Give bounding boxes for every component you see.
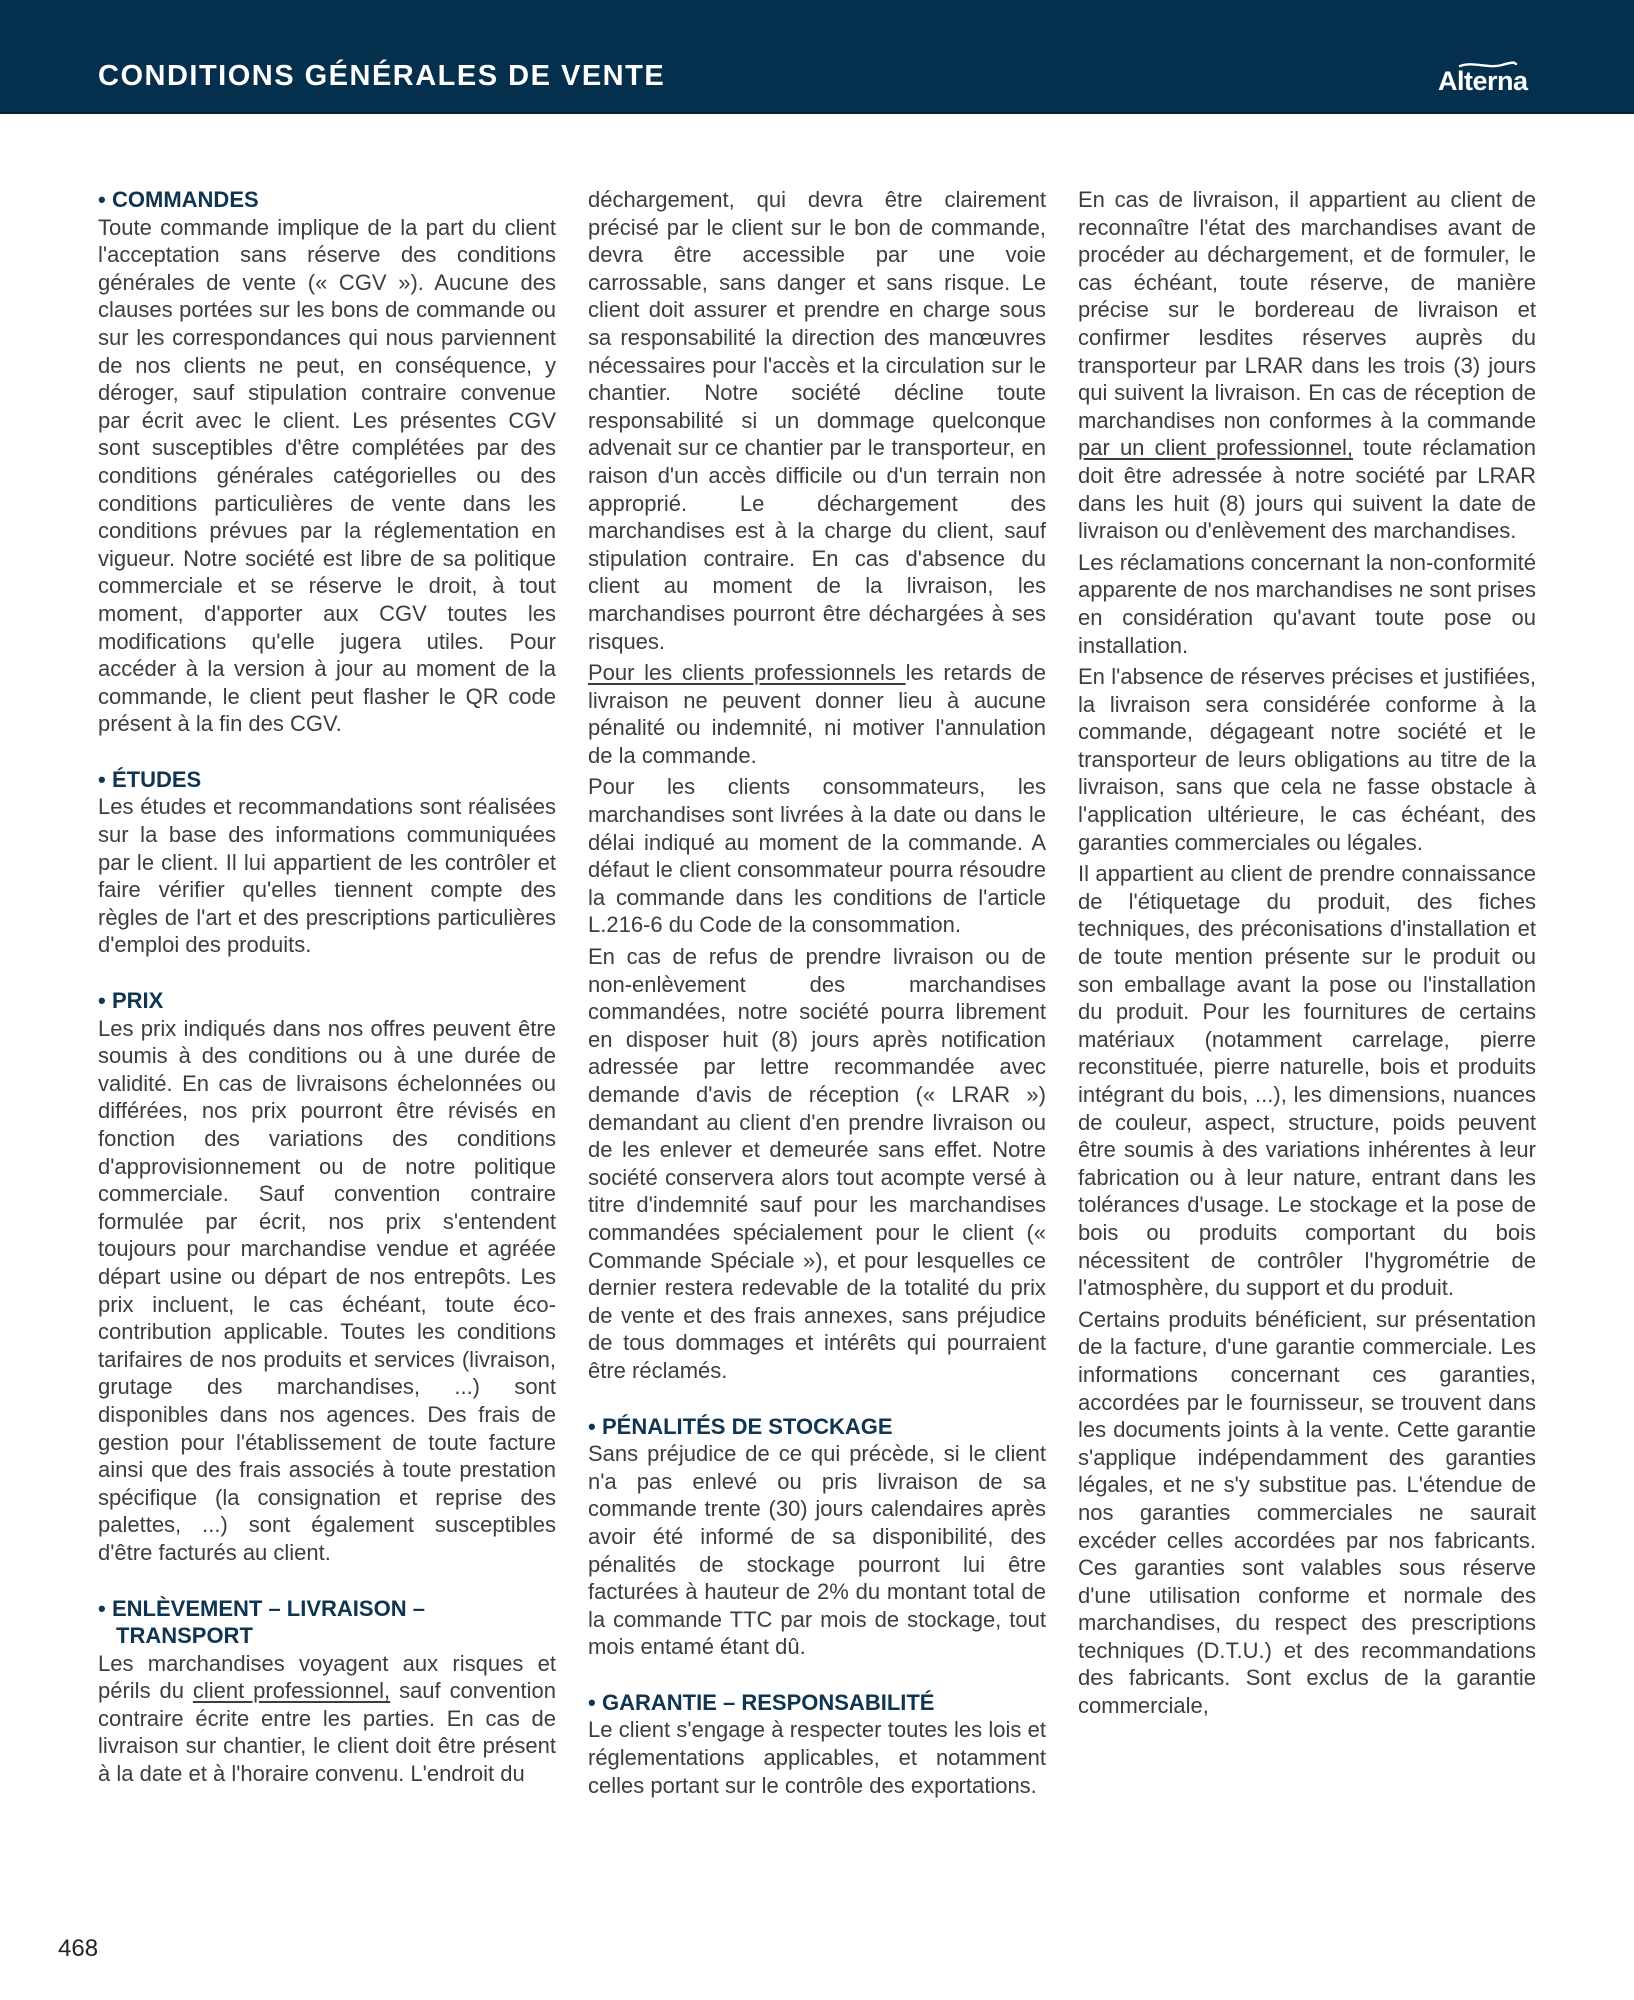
section-heading: •PÉNALITÉS DE STOCKAGE (588, 1413, 1046, 1441)
cgv-section: En cas de livraison, il appartient au cl… (1078, 186, 1536, 1720)
paragraph: Pour les clients professionnels les reta… (588, 659, 1046, 769)
paragraph: Les réclamations concernant la non-confo… (1078, 549, 1536, 659)
text-segment: Le client s'engage à respecter toutes le… (588, 1717, 1046, 1797)
bullet-icon: • (588, 1689, 602, 1717)
section-heading: •GARANTIE – RESPONSABILITÉ (588, 1689, 1046, 1717)
paragraph: Toute commande implique de la part du cl… (98, 214, 556, 738)
brand-logo: Alterna (1436, 58, 1536, 98)
paragraph: Certains produits bénéficient, sur prése… (1078, 1306, 1536, 1720)
bullet-icon: • (98, 766, 112, 794)
bullet-icon: • (588, 1413, 602, 1441)
text-segment: Toute commande implique de la part du cl… (98, 215, 556, 737)
paragraph: En cas de refus de prendre livraison ou … (588, 943, 1046, 1385)
cgv-section: •PÉNALITÉS DE STOCKAGESans préjudice de … (588, 1413, 1046, 1661)
cgv-section: •GARANTIE – RESPONSABILITÉLe client s'en… (588, 1689, 1046, 1799)
text-segment: Les réclamations concernant la non-confo… (1078, 550, 1536, 658)
paragraph: En cas de livraison, il appartient au cl… (1078, 186, 1536, 545)
section-heading-text: ENLÈVEMENT – LIVRAISON – TRANSPORT (112, 1596, 425, 1649)
text-segment: Sans préjudice de ce qui précède, si le … (588, 1441, 1046, 1659)
text-segment: Les prix indiqués dans nos offres peuven… (98, 1016, 556, 1565)
bullet-icon: • (98, 1595, 112, 1623)
text-segment: Les études et recommandations sont réali… (98, 794, 556, 957)
logo-text: Alterna (1438, 66, 1528, 96)
paragraph: En l'absence de réserves précises et jus… (1078, 663, 1536, 856)
bullet-icon: • (98, 186, 112, 214)
cgv-section: •ENLÈVEMENT – LIVRAISON – TRANSPORTLes m… (98, 1595, 556, 1788)
cgv-section: •ÉTUDESLes études et recommandations son… (98, 766, 556, 959)
column-3: En cas de livraison, il appartient au cl… (1078, 186, 1536, 1748)
paragraph: déchargement, qui devra être clairement … (588, 186, 1046, 655)
bullet-icon: • (98, 987, 112, 1015)
cgv-section: •COMMANDESToute commande implique de la … (98, 186, 556, 738)
text-segment: Il appartient au client de prendre conna… (1078, 861, 1536, 1300)
paragraph: Sans préjudice de ce qui précède, si le … (588, 1440, 1046, 1661)
column-1: •COMMANDESToute commande implique de la … (98, 186, 556, 1816)
cgv-section: déchargement, qui devra être clairement … (588, 186, 1046, 1385)
column-2: déchargement, qui devra être clairement … (588, 186, 1046, 1827)
paragraph: Les prix indiqués dans nos offres peuven… (98, 1015, 556, 1567)
section-heading: •PRIX (98, 987, 556, 1015)
text-segment: En l'absence de réserves précises et jus… (1078, 664, 1536, 855)
paragraph: Les marchandises voyagent aux risques et… (98, 1650, 556, 1788)
section-heading-text: COMMANDES (112, 187, 259, 212)
page-number: 468 (58, 1935, 98, 1963)
section-heading-text: PÉNALITÉS DE STOCKAGE (602, 1414, 893, 1439)
section-heading: •ÉTUDES (98, 766, 556, 794)
cgv-section: •PRIXLes prix indiqués dans nos offres p… (98, 987, 556, 1566)
text-segment: En cas de livraison, il appartient au cl… (1078, 187, 1536, 433)
paragraph: Les études et recommandations sont réali… (98, 793, 556, 959)
text-segment: déchargement, qui devra être clairement … (588, 187, 1046, 654)
text-segment: Certains produits bénéficient, sur prése… (1078, 1307, 1536, 1718)
section-heading: •ENLÈVEMENT – LIVRAISON – TRANSPORT (98, 1595, 556, 1650)
underlined-text: par un client professionnel, (1078, 435, 1353, 460)
section-heading-text: ÉTUDES (112, 767, 201, 792)
section-heading-text: PRIX (112, 988, 163, 1013)
paragraph: Le client s'engage à respecter toutes le… (588, 1716, 1046, 1799)
paragraph: Pour les clients consommateurs, les marc… (588, 773, 1046, 939)
paragraph: Il appartient au client de prendre conna… (1078, 860, 1536, 1302)
text-segment: Pour les clients consommateurs, les marc… (588, 774, 1046, 937)
underlined-text: client professionnel, (193, 1678, 390, 1703)
text-segment: En cas de refus de prendre livraison ou … (588, 944, 1046, 1383)
section-heading: •COMMANDES (98, 186, 556, 214)
underlined-text: Pour les clients professionnels (588, 660, 906, 685)
page-header: CONDITIONS GÉNÉRALES DE VENTE Alterna (0, 0, 1634, 114)
section-heading-text: GARANTIE – RESPONSABILITÉ (602, 1690, 934, 1715)
page-title: CONDITIONS GÉNÉRALES DE VENTE (98, 60, 665, 92)
